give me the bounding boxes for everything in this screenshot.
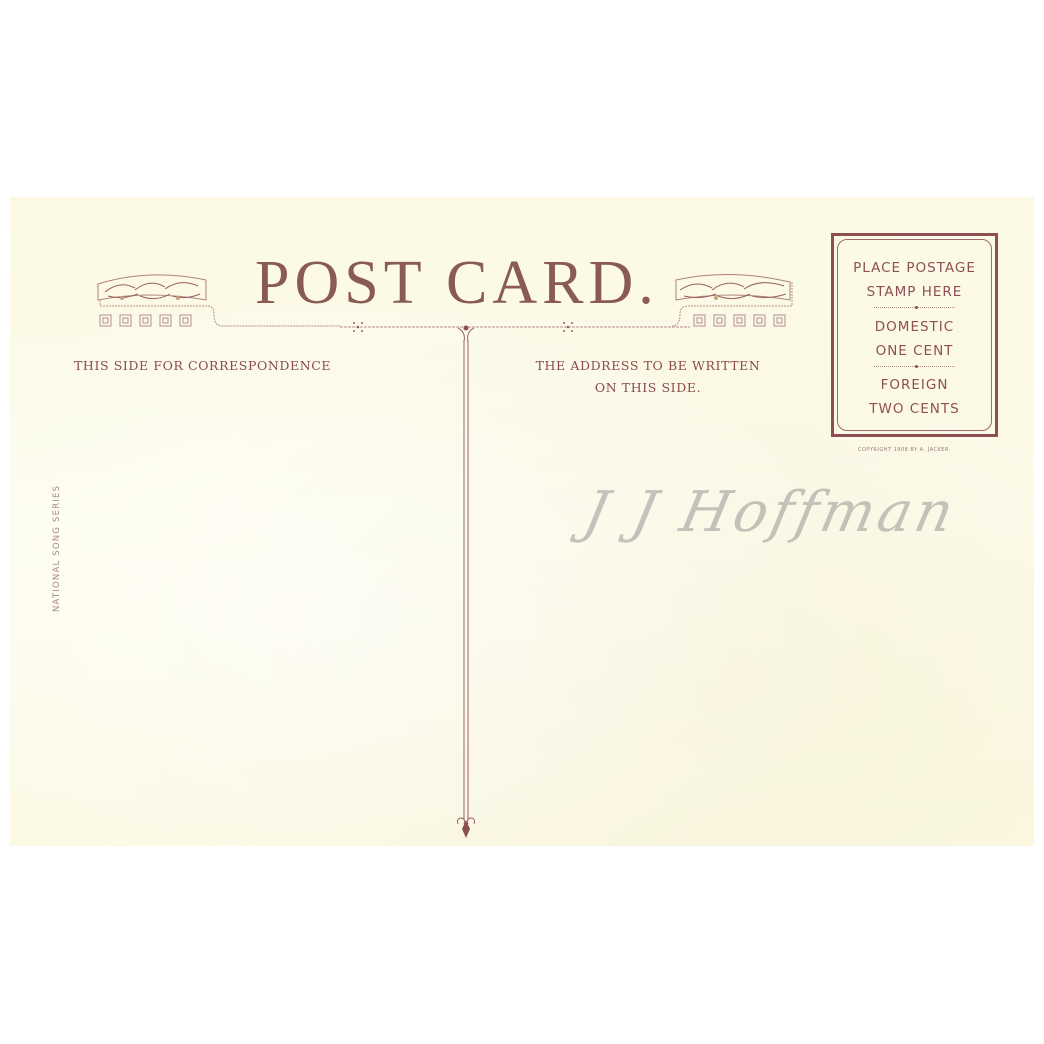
handwritten-address: J J Hoffman	[578, 480, 963, 545]
address-label-line-1: THE ADDRESS TO BE WRITTEN	[508, 355, 788, 377]
stamp-line-4: ONE CENT	[834, 339, 995, 363]
stamp-instruction: PLACE POSTAGE STAMP HERE	[834, 256, 995, 304]
stamp-line-3: DOMESTIC	[834, 315, 995, 339]
address-label: THE ADDRESS TO BE WRITTEN ON THIS SIDE.	[508, 355, 788, 399]
series-label: NATIONAL SONG SERIES	[52, 485, 62, 612]
copyright-notice: COPYRIGHT 1908 BY A. JACKER.	[858, 447, 951, 453]
page-title: POST CARD.	[255, 252, 659, 314]
stamp-box: PLACE POSTAGE STAMP HERE DOMESTIC ONE CE…	[831, 233, 998, 437]
stamp-separator	[874, 307, 955, 308]
correspondence-label: THIS SIDE FOR CORRESPONDENCE	[74, 355, 331, 377]
squares-left-icon	[100, 315, 191, 326]
stamp-separator	[874, 366, 955, 367]
stamp-line-5: FOREIGN	[834, 373, 995, 397]
stamp-line-2: STAMP HERE	[834, 280, 995, 304]
squares-right-icon	[694, 315, 785, 326]
stamp-line-1: PLACE POSTAGE	[834, 256, 995, 280]
stamp-line-6: TWO CENTS	[834, 397, 995, 421]
stamp-domestic-rate: DOMESTIC ONE CENT	[834, 315, 995, 363]
center-divider	[458, 326, 475, 839]
address-label-line-2: ON THIS SIDE.	[508, 377, 788, 399]
stamp-foreign-rate: FOREIGN TWO CENTS	[834, 373, 995, 421]
